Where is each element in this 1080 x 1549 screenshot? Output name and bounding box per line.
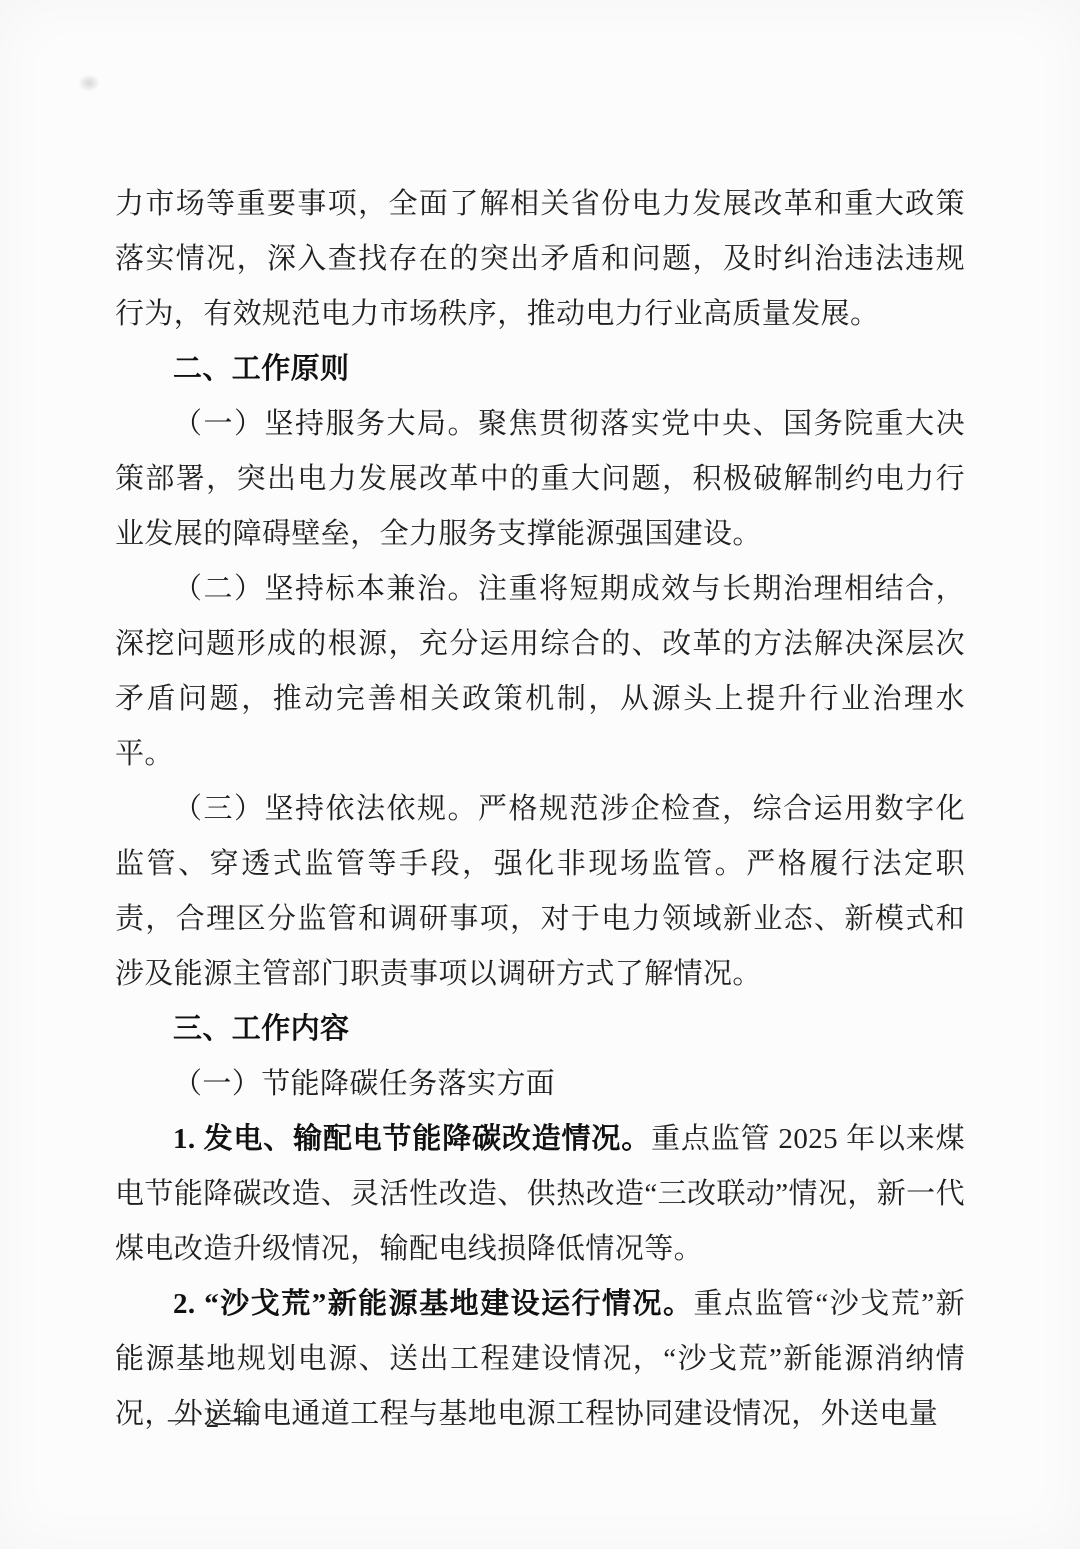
paragraph-lead: （三）坚持依法依规。 <box>173 793 478 825</box>
page-number: — 2 — <box>168 1398 259 1438</box>
paragraph-lead: （一）坚持服务大局。 <box>173 408 478 440</box>
paragraph-principle-1: （一）坚持服务大局。聚焦贯彻落实党中央、国务院重大决策部署，突出电力发展改革中的… <box>115 397 965 562</box>
continuation-paragraph: 力市场等重要事项，全面了解相关省份电力发展改革和重大政策落实情况，深入查找存在的… <box>115 177 965 342</box>
section-heading-work-content: 三、工作内容 <box>115 1002 965 1057</box>
document-page: 力市场等重要事项，全面了解相关省份电力发展改革和重大政策落实情况，深入查找存在的… <box>0 0 1080 1549</box>
paragraph-lead: （二）坚持标本兼治。 <box>173 573 478 605</box>
sub-heading-energy-saving: （一）节能降碳任务落实方面 <box>115 1057 965 1112</box>
item-lead: 1. 发电、输配电节能降碳改造情况。 <box>173 1123 651 1155</box>
paragraph-principle-3: （三）坚持依法依规。严格规范涉企检查，综合运用数字化监管、穿透式监管等手段，强化… <box>115 782 965 1002</box>
paragraph-principle-2: （二）坚持标本兼治。注重将短期成效与长期治理相结合，深挖问题形成的根源，充分运用… <box>115 562 965 782</box>
numbered-item-1: 1. 发电、输配电节能降碳改造情况。重点监管 2025 年以来煤电节能降碳改造、… <box>115 1112 965 1277</box>
scan-artifact-smudge <box>78 74 100 92</box>
item-lead: 2. “沙戈荒”新能源基地建设运行情况。 <box>173 1288 694 1320</box>
section-heading-work-principles: 二、工作原则 <box>115 342 965 397</box>
document-body: 力市场等重要事项，全面了解相关省份电力发展改革和重大政策落实情况，深入查找存在的… <box>115 177 965 1442</box>
